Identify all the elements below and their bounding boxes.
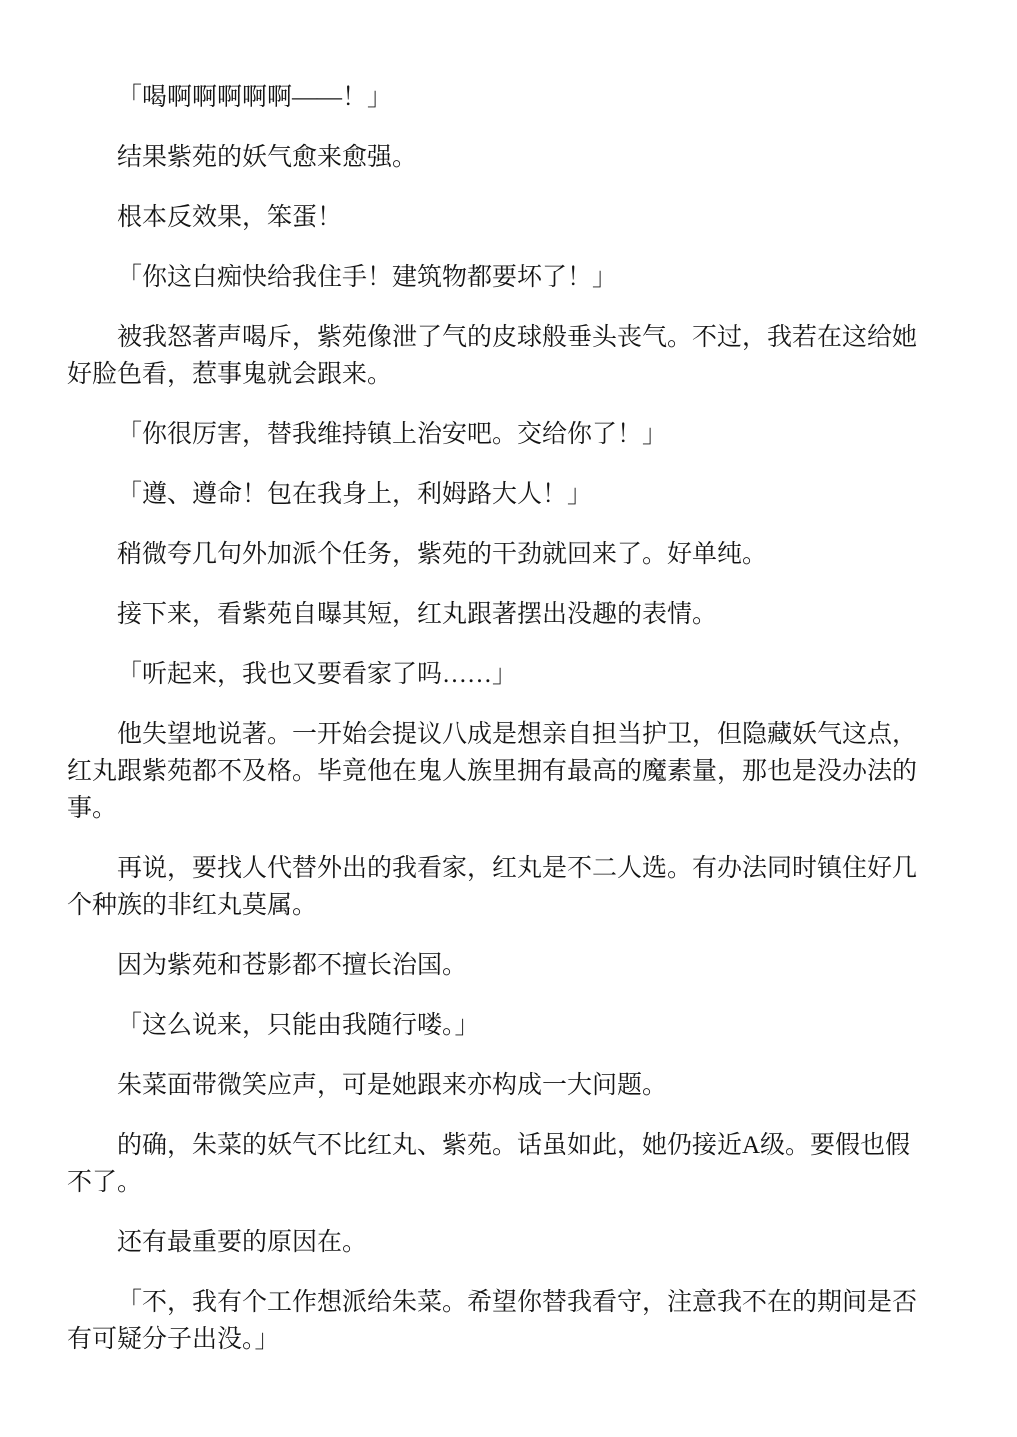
paragraph: 稍微夸几句外加派个任务，紫苑的干劲就回来了。好单纯。 bbox=[67, 536, 935, 573]
paragraph: 「听起来，我也又要看家了吗……」 bbox=[67, 656, 935, 693]
novel-text-page: 「喝啊啊啊啊啊——！」 结果紫苑的妖气愈来愈强。 根本反效果，笨蛋！ 「你这白痴… bbox=[0, 0, 1017, 1437]
paragraph: 「不，我有个工作想派给朱菜。希望你替我看守，注意我不在的期间是否有可疑分子出没。… bbox=[67, 1284, 935, 1358]
paragraph: 「你很厉害，替我维持镇上治安吧。交给你了！」 bbox=[67, 416, 935, 453]
paragraph: 「这么说来，只能由我随行喽。」 bbox=[67, 1007, 935, 1044]
paragraph: 因为紫苑和苍影都不擅长治国。 bbox=[67, 947, 935, 984]
paragraph: 朱菜面带微笑应声，可是她跟来亦构成一大问题。 bbox=[67, 1067, 935, 1104]
paragraph: 「你这白痴快给我住手！建筑物都要坏了！」 bbox=[67, 259, 935, 296]
paragraph: 根本反效果，笨蛋！ bbox=[67, 199, 935, 236]
paragraph: 结果紫苑的妖气愈来愈强。 bbox=[67, 139, 935, 176]
paragraph: 他失望地说著。一开始会提议八成是想亲自担当护卫，但隐藏妖气这点，红丸跟紫苑都不及… bbox=[67, 716, 935, 827]
paragraph: 「遵、遵命！包在我身上，利姆路大人！」 bbox=[67, 476, 935, 513]
paragraph: 被我怒著声喝斥，紫苑像泄了气的皮球般垂头丧气。不过，我若在这给她好脸色看，惹事鬼… bbox=[67, 319, 935, 393]
paragraph: 还有最重要的原因在。 bbox=[67, 1224, 935, 1261]
paragraph: 再说，要找人代替外出的我看家，红丸是不二人选。有办法同时镇住好几个种族的非红丸莫… bbox=[67, 850, 935, 924]
paragraph: 接下来，看紫苑自曝其短，红丸跟著摆出没趣的表情。 bbox=[67, 596, 935, 633]
paragraph: 的确，朱菜的妖气不比红丸、紫苑。话虽如此，她仍接近A级。要假也假不了。 bbox=[67, 1127, 935, 1201]
paragraph: 「喝啊啊啊啊啊——！」 bbox=[67, 79, 935, 116]
